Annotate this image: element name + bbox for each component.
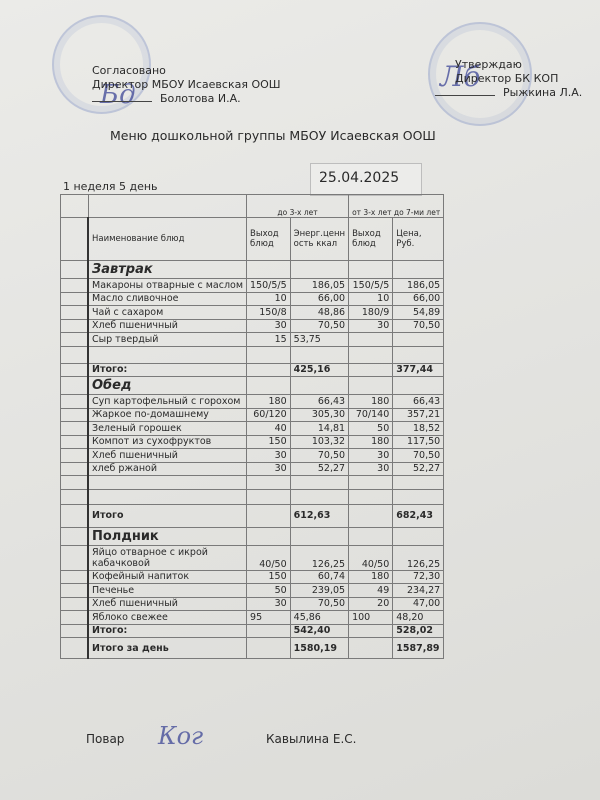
dish-name: Чай с сахаром: [88, 306, 247, 320]
price-value: [393, 333, 444, 347]
header-yield1: Выход блюд: [247, 218, 291, 261]
yield-3-to-7: 40/50: [349, 545, 393, 570]
price-value: 47,00: [393, 597, 444, 611]
price-value: 126,25: [393, 545, 444, 570]
index-cell: [61, 638, 89, 659]
empty-cell: [393, 489, 444, 504]
yield-3-to-7: 20: [349, 597, 393, 611]
empty-cell: [290, 489, 348, 504]
table-row: Хлеб пшеничный3070,503070,50: [61, 319, 444, 333]
index-cell: [61, 363, 89, 377]
empty-cell: [247, 261, 291, 279]
total-energy-under-3: 612,63: [290, 504, 348, 527]
section-lunch-row: Обед: [61, 377, 444, 395]
yield-under-3: 30: [247, 597, 291, 611]
table-row: Печенье50239,0549234,27: [61, 584, 444, 598]
index-cell: [61, 527, 89, 545]
yield-under-3: 30: [247, 449, 291, 463]
yield-3-to-7: 70/140: [349, 408, 393, 422]
price-value: 186,05: [393, 279, 444, 293]
price-value: 117,50: [393, 435, 444, 449]
section-snack-row: Полдник: [61, 527, 444, 545]
index-cell: [61, 611, 89, 625]
price-value: 234,27: [393, 584, 444, 598]
section-breakfast-row: Завтрак: [61, 261, 444, 279]
total-label: Итого: [88, 504, 247, 527]
energy-value: 66,00: [290, 292, 348, 306]
yield-under-3: 95: [247, 611, 291, 625]
energy-value: 52,27: [290, 462, 348, 476]
empty-cell: [349, 377, 393, 395]
empty-cell: [247, 638, 291, 659]
empty-cell: [290, 476, 348, 490]
energy-value: 48,86: [290, 306, 348, 320]
table-row: Компот из сухофруктов150103,32180117,50: [61, 435, 444, 449]
empty-cell: [393, 346, 444, 363]
index-cell: [61, 435, 89, 449]
header-row: Наименование блюдВыход блюдЭнерг.ценн ос…: [61, 218, 444, 261]
index-cell: [61, 449, 89, 463]
empty-cell: [349, 489, 393, 504]
empty-cell: [393, 527, 444, 545]
empty-cell: [349, 476, 393, 490]
yield-under-3: 40/50: [247, 545, 291, 570]
energy-value: 186,05: [290, 279, 348, 293]
total-energy-under-3: 425,16: [290, 363, 348, 377]
yield-3-to-7: 30: [349, 462, 393, 476]
index-cell: [61, 584, 89, 598]
index-cell: [61, 377, 89, 395]
yield-under-3: 180: [247, 395, 291, 409]
dish-name: Сыр твердый: [88, 333, 247, 347]
cook-signature: Ког: [158, 722, 203, 750]
energy-value: 103,32: [290, 435, 348, 449]
empty-cell: [88, 489, 247, 504]
dish-name: хлеб ржаной: [88, 462, 247, 476]
approval-block-right: Утверждаю Директор БК КОП Рыжкина Л.А.: [455, 58, 582, 100]
empty-cell: [247, 489, 291, 504]
index-cell: [61, 489, 89, 504]
yield-3-to-7: 10: [349, 292, 393, 306]
dish-name: Жаркое по-домашнему: [88, 408, 247, 422]
price-value: 72,30: [393, 570, 444, 584]
price-value: 54,89: [393, 306, 444, 320]
empty-cell: [290, 527, 348, 545]
energy-value: 14,81: [290, 422, 348, 436]
index-cell: [61, 195, 89, 218]
table-row: Сыр твердый1553,75: [61, 333, 444, 347]
approval-signer: Рыжкина Л.А.: [503, 86, 582, 99]
energy-value: 70,50: [290, 449, 348, 463]
approval-position: Директор БК КОП: [455, 72, 582, 86]
price-value: 18,52: [393, 422, 444, 436]
price-value: 70,50: [393, 449, 444, 463]
yield-under-3: 15: [247, 333, 291, 347]
table-row: хлеб ржаной3052,273052,27: [61, 462, 444, 476]
dish-name: Масло сливочное: [88, 292, 247, 306]
header-name: Наименование блюд: [88, 218, 247, 261]
empty-cell: [349, 527, 393, 545]
approval-signer: Болотова И.А.: [160, 92, 241, 105]
empty-cell: [393, 261, 444, 279]
empty-cell: [349, 346, 393, 363]
energy-value: 70,50: [290, 597, 348, 611]
empty-cell: [349, 504, 393, 527]
dish-name: Хлеб пшеничный: [88, 319, 247, 333]
yield-3-to-7: 30: [349, 449, 393, 463]
empty-cell: [247, 527, 291, 545]
total-price-3-to-7: 682,43: [393, 504, 444, 527]
approval-position: Директор МБОУ Исаевская ООШ: [92, 78, 281, 92]
index-cell: [61, 292, 89, 306]
yield-3-to-7: 180: [349, 570, 393, 584]
empty-cell: [349, 624, 393, 638]
yield-3-to-7: 150/5/5: [349, 279, 393, 293]
empty-row: [61, 346, 444, 363]
header-yield2: Выход блюд: [349, 218, 393, 261]
dish-name: Хлеб пшеничный: [88, 449, 247, 463]
index-cell: [61, 306, 89, 320]
index-cell: [61, 261, 89, 279]
empty-cell: [247, 504, 291, 527]
day-total-row: Итого за день1580,191587,89: [61, 638, 444, 659]
yield-under-3: 50: [247, 584, 291, 598]
empty-cell: [247, 624, 291, 638]
price-value: 70,50: [393, 319, 444, 333]
section-title: Завтрак: [88, 261, 247, 279]
empty-row: [61, 476, 444, 490]
total-price-3-to-7: 377,44: [393, 363, 444, 377]
table-row: Макароны отварные с маслом150/5/5186,051…: [61, 279, 444, 293]
cook-name: Кавылина Е.С.: [266, 732, 357, 746]
cook-role: Повар: [86, 732, 124, 746]
total-price-3-to-7: 528,02: [393, 624, 444, 638]
dish-name: Хлеб пшеничный: [88, 597, 247, 611]
empty-cell: [349, 638, 393, 659]
table-row: Чай с сахаром150/848,86180/954,89: [61, 306, 444, 320]
total-lunch-row: Итого612,63682,43: [61, 504, 444, 527]
total-label: Итого:: [88, 363, 247, 377]
table-row: Зеленый горошек4014,815018,52: [61, 422, 444, 436]
menu-date: 25.04.2025: [310, 163, 422, 196]
total-breakfast-row: Итого:425,16377,44: [61, 363, 444, 377]
energy-value: 305,30: [290, 408, 348, 422]
index-cell: [61, 597, 89, 611]
empty-cell: [290, 346, 348, 363]
table-row: Жаркое по-домашнему60/120305,3070/140357…: [61, 408, 444, 422]
section-title: Обед: [88, 377, 247, 395]
empty-row: [61, 489, 444, 504]
index-cell: [61, 408, 89, 422]
index-cell: [61, 395, 89, 409]
document-title: Меню дошкольной группы МБОУ Исаевская ОО…: [110, 128, 436, 143]
empty-cell: [290, 261, 348, 279]
empty-cell: [393, 476, 444, 490]
header-price: Цена, Руб.: [393, 218, 444, 261]
empty-cell: [88, 476, 247, 490]
yield-under-3: 10: [247, 292, 291, 306]
energy-value: 239,05: [290, 584, 348, 598]
table-row: Яблоко свежее9545,8610048,20: [61, 611, 444, 625]
index-cell: [61, 422, 89, 436]
table-row: Суп картофельный с горохом18066,4318066,…: [61, 395, 444, 409]
table-row: Масло сливочное1066,001066,00: [61, 292, 444, 306]
menu-table: до 3-х летот 3-х лет до 7-ми летНаименов…: [60, 194, 444, 659]
empty-cell: [247, 476, 291, 490]
yield-under-3: 150: [247, 435, 291, 449]
approval-label: Утверждаю: [455, 58, 582, 72]
dish-name: Яйцо отварное с икрой кабачковой: [88, 545, 247, 570]
empty-cell: [247, 377, 291, 395]
index-cell: [61, 333, 89, 347]
index-cell: [61, 319, 89, 333]
index-cell: [61, 462, 89, 476]
total-snack-row: Итого:542,40528,02: [61, 624, 444, 638]
yield-under-3: 60/120: [247, 408, 291, 422]
energy-value: 66,43: [290, 395, 348, 409]
empty-cell: [247, 346, 291, 363]
age-group-2-label: от 3-х лет до 7-ми лет: [349, 195, 444, 218]
approval-label: Согласовано: [92, 64, 281, 78]
price-value: 357,21: [393, 408, 444, 422]
yield-3-to-7: [349, 333, 393, 347]
yield-under-3: 150: [247, 570, 291, 584]
total-label: Итого:: [88, 624, 247, 638]
table-row: Кофейный напиток15060,7418072,30: [61, 570, 444, 584]
index-cell: [61, 279, 89, 293]
empty-cell: [349, 261, 393, 279]
index-cell: [61, 504, 89, 527]
index-cell: [61, 346, 89, 363]
total-energy-under-3: 542,40: [290, 624, 348, 638]
yield-3-to-7: 180: [349, 435, 393, 449]
table-row: Яйцо отварное с икрой кабачковой40/50126…: [61, 545, 444, 570]
week-day-label: 1 неделя 5 день: [63, 180, 158, 193]
table-row: Хлеб пшеничный3070,503070,50: [61, 449, 444, 463]
index-cell: [61, 545, 89, 570]
dish-name: Кофейный напиток: [88, 570, 247, 584]
index-cell: [61, 476, 89, 490]
empty-cell: [393, 377, 444, 395]
energy-value: 60,74: [290, 570, 348, 584]
day-total-label: Итого за день: [88, 638, 247, 659]
day-total-under-3: 1580,19: [290, 638, 348, 659]
price-value: 66,00: [393, 292, 444, 306]
dish-name: Зеленый горошек: [88, 422, 247, 436]
header-energy: Энерг.ценн ость ккал: [290, 218, 348, 261]
yield-3-to-7: 30: [349, 319, 393, 333]
age-group-1-label: до 3-х лет: [247, 195, 349, 218]
energy-value: 126,25: [290, 545, 348, 570]
dish-name: Суп картофельный с горохом: [88, 395, 247, 409]
yield-under-3: 30: [247, 462, 291, 476]
yield-3-to-7: 180/9: [349, 306, 393, 320]
yield-under-3: 150/5/5: [247, 279, 291, 293]
price-value: 48,20: [393, 611, 444, 625]
index-cell: [61, 218, 89, 261]
dish-name: Компот из сухофруктов: [88, 435, 247, 449]
energy-value: 53,75: [290, 333, 348, 347]
index-cell: [61, 624, 89, 638]
table-row: Хлеб пшеничный3070,502047,00: [61, 597, 444, 611]
dish-name: Яблоко свежее: [88, 611, 247, 625]
dish-name: Макароны отварные с маслом: [88, 279, 247, 293]
energy-value: 45,86: [290, 611, 348, 625]
approval-block-left: Согласовано Директор МБОУ Исаевская ООШ …: [92, 64, 281, 106]
empty-cell: [88, 195, 247, 218]
energy-value: 70,50: [290, 319, 348, 333]
price-value: 52,27: [393, 462, 444, 476]
yield-3-to-7: 49: [349, 584, 393, 598]
empty-cell: [290, 377, 348, 395]
section-title: Полдник: [88, 527, 247, 545]
yield-under-3: 150/8: [247, 306, 291, 320]
day-total-3-to-7: 1587,89: [393, 638, 444, 659]
age-group-row: до 3-х летот 3-х лет до 7-ми лет: [61, 195, 444, 218]
empty-cell: [349, 363, 393, 377]
yield-under-3: 30: [247, 319, 291, 333]
empty-cell: [88, 346, 247, 363]
index-cell: [61, 570, 89, 584]
dish-name: Печенье: [88, 584, 247, 598]
yield-3-to-7: 50: [349, 422, 393, 436]
document-page: Бд Лб Согласовано Директор МБОУ Исаевска…: [0, 0, 600, 800]
yield-3-to-7: 180: [349, 395, 393, 409]
empty-cell: [247, 363, 291, 377]
price-value: 66,43: [393, 395, 444, 409]
yield-3-to-7: 100: [349, 611, 393, 625]
yield-under-3: 40: [247, 422, 291, 436]
